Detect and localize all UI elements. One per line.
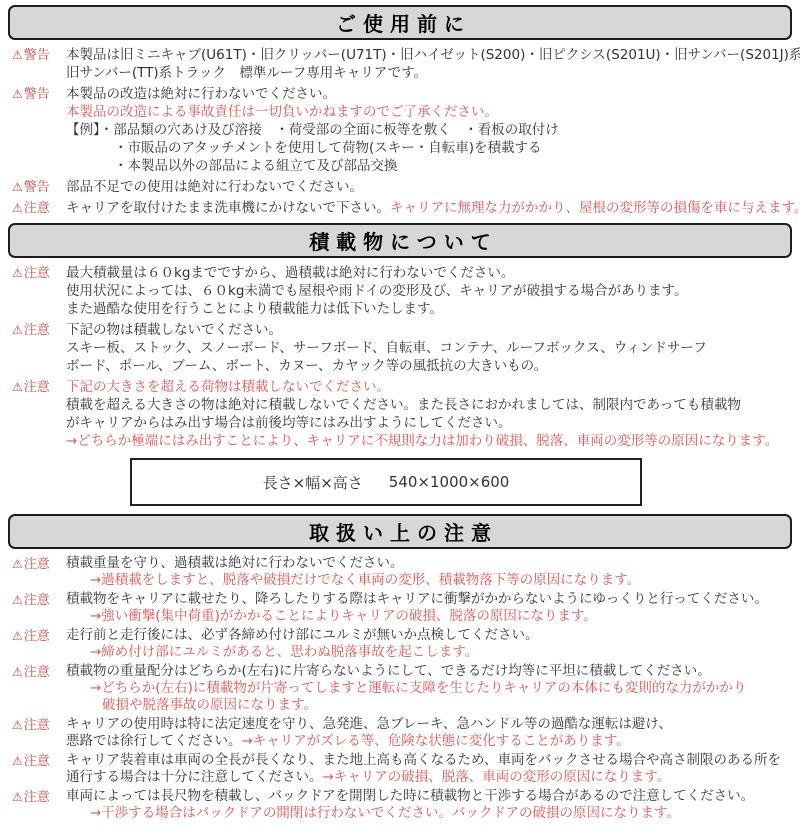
size-limit-value: 540×1000×600: [389, 473, 510, 491]
notice-label-text: 注意: [24, 790, 50, 805]
notice-line: 悪路では徐行してください。→キャリアがズレる等、危険な状態に変化することがありま…: [66, 733, 792, 750]
text-segment: →締め付け部にユルミがあると、思わぬ脱落事故を起こします。: [90, 644, 478, 660]
text-segment: 車両によっては長尺物を積載し、バックドアを開閉した時に積載物と干渉する場合がある…: [66, 788, 754, 804]
text-segment: 本製品は旧ミニキャブ(U61T)・旧クリッパー(U71T)・旧ハイゼット(S20…: [66, 47, 800, 63]
notice-line: 旧サンバー(TT)系トラック 標準ルーフ専用キャリアです。: [66, 64, 792, 82]
text-segment: 下記の大きさを超える荷物は積載しないでください。: [66, 379, 390, 395]
section-title: 積載物について: [8, 223, 792, 258]
notice-line: →どちらか(左右)に積載物が片寄ってしますと運転に支障を生じたりキャリアの本体に…: [66, 680, 792, 697]
text-segment: 最大積載量は６０kgまでですから、過積載は絶対に行わないでください。: [66, 265, 514, 281]
notice-content: 本製品は旧ミニキャブ(U61T)・旧クリッパー(U71T)・旧ハイゼット(S20…: [66, 46, 792, 82]
section-body: ⚠注意積載重量を守り、過積載は絶対に行わないでください。→過積載をしますと、脱落…: [8, 555, 792, 822]
notice-line: スキー板、ストック、スノーボード、サーフボード、自転車、コンテナ、ルーフボックス…: [66, 339, 792, 357]
notice-line: 最大積載量は６０kgまでですから、過積載は絶対に行わないでください。: [66, 264, 792, 282]
notice-label: ⚠注意: [12, 264, 50, 283]
notice-content: 本製品の改造は絶対に行わないでください。本製品の改造による事故責任は一切負いかね…: [66, 85, 792, 175]
notice-item: ⚠注意最大積載量は６０kgまでですから、過積載は絶対に行わないでください。使用状…: [8, 264, 792, 318]
text-segment: 使用状況によっては、６０kg未満でも屋根や雨ドイの変形及び、キャリアが破損する場…: [66, 283, 688, 299]
text-segment: 破損や脱落事故の原因になります。: [102, 697, 317, 713]
notice-item: ⚠注意キャリアを取付けたまま洗車機にかけないで下さい。キャリアに無理な力がかかり…: [8, 199, 792, 217]
notice-label-text: 注意: [24, 629, 50, 644]
text-segment: →強い衝撃(集中荷重)がかかることによりキャリアの破損、脱落の原因になります。: [90, 608, 597, 624]
text-segment: →どちらか極端にはみ出すことにより、キャリアに不規則な力は加わり破損、脱落、車両…: [66, 433, 778, 449]
text-segment: 積載物をキャリアに載せたり、降ろしたりする際はキャリアに衝撃がかからないようにゆ…: [66, 591, 768, 607]
notice-line: 積載物の重量配分はどちらか(左右)に片寄らないようにして、できるだけ均等に平坦に…: [66, 663, 792, 680]
notice-line: →干渉する場合はバックドアの開閉は行わないでください。バックドアの破損の原因にな…: [66, 805, 792, 822]
warning-triangle-icon: ⚠: [12, 665, 23, 679]
notice-line: →締め付け部にユルミがあると、思わぬ脱落事故を起こします。: [66, 644, 792, 661]
notice-line: 使用状況によっては、６０kg未満でも屋根や雨ドイの変形及び、キャリアが破損する場…: [66, 282, 792, 300]
warning-triangle-icon: ⚠: [12, 323, 23, 337]
notice-item: ⚠警告本製品は旧ミニキャブ(U61T)・旧クリッパー(U71T)・旧ハイゼット(…: [8, 46, 792, 82]
notice-content: 車両によっては長尺物を積載し、バックドアを開閉した時に積載物と干渉する場合がある…: [66, 788, 792, 822]
section-title: 取扱い上の注意: [8, 514, 792, 549]
text-segment: →キャリアの破損、脱落、車両の変形の原因になります。: [323, 769, 671, 785]
notice-label-text: 警告: [24, 87, 50, 102]
notice-label: ⚠注意: [12, 199, 50, 218]
notice-item: ⚠注意キャリア装着車は車両の全長が長くなり、また地上高も高くなるため、車両をバッ…: [8, 752, 792, 786]
text-segment: 走行前と走行後には、必ず各締め付け部にユルミが無いか点検してください。: [66, 627, 539, 643]
notice-line: 積載物をキャリアに載せたり、降ろしたりする際はキャリアに衝撃がかからないようにゆ…: [66, 591, 792, 608]
notice-label-text: 注意: [24, 665, 50, 680]
text-segment: ボード、ポール、ブーム、ボート、カヌー、カヤック等の風抵抗の大きいもの。: [66, 358, 547, 374]
notice-content: キャリアを取付けたまま洗車機にかけないで下さい。キャリアに無理な力がかかり、屋根…: [66, 199, 792, 217]
notice-item: ⚠注意下記の大きさを超える荷物は積載しないでください。積載を超える大きさの物は絶…: [8, 378, 792, 450]
notice-line: →過積載をしますと、脱落や破損だけでなく車両の変形、積載物落下等の原因になります…: [66, 572, 792, 589]
text-segment: →どちらか(左右)に積載物が片寄ってしますと運転に支障を生じたりキャリアの本体に…: [90, 680, 746, 696]
text-segment: がキャリアからはみ出す場合は前後均等にはみ出すようにしてください。: [66, 415, 512, 431]
warning-triangle-icon: ⚠: [12, 266, 23, 280]
notice-line: →どちらか極端にはみ出すことにより、キャリアに不規則な力は加わり破損、脱落、車両…: [66, 432, 792, 450]
text-segment: キャリアの使用時は特に法定速度を守り、急発進、急ブレーキ、急ハンドル等の過酷な運…: [66, 716, 672, 732]
notice-label: ⚠注意: [12, 378, 50, 397]
notice-label-text: 注意: [24, 266, 50, 281]
text-segment: 部品不足での使用は絶対に行わないでください。: [66, 179, 363, 195]
text-segment: 本製品の改造による事故責任は一切負いかねますのでご了承ください。: [66, 104, 498, 120]
text-segment: →干渉する場合はバックドアの開閉は行わないでください。バックドアの破損の原因にな…: [90, 805, 680, 821]
notice-label-text: 注意: [24, 323, 50, 338]
notice-line: ・市販品のアタッチメントを使用して荷物(スキー・自転車)を積載する: [66, 139, 792, 157]
text-segment: キャリアに無理な力がかかり、屋根の変形等の損傷を車に与えます。: [390, 200, 800, 216]
notice-line: 部品不足での使用は絶対に行わないでください。: [66, 178, 792, 196]
size-limit-label: 長さ×幅×高さ: [263, 472, 363, 493]
text-segment: 積載重量を守り、過積載は絶対に行わないでください。: [66, 555, 404, 571]
notice-label-text: 注意: [24, 718, 50, 733]
notice-label: ⚠注意: [12, 627, 50, 646]
notice-label-text: 注意: [24, 754, 50, 769]
text-segment: →過積載をしますと、脱落や破損だけでなく車両の変形、積載物落下等の原因になります…: [90, 572, 640, 588]
notice-label-text: 警告: [24, 180, 50, 195]
notice-content: 下記の大きさを超える荷物は積載しないでください。積載を超える大きさの物は絶対に積…: [66, 378, 792, 450]
warning-triangle-icon: ⚠: [12, 718, 23, 732]
notice-line: 通行する場合は十分に注意してください。→キャリアの破損、脱落、車両の変形の原因に…: [66, 769, 792, 786]
text-segment: →キャリアがズレる等、危険な状態に変化することがあります。: [242, 733, 630, 749]
notice-label: ⚠警告: [12, 46, 50, 65]
notice-label: ⚠注意: [12, 591, 50, 610]
notice-item: ⚠注意下記の物は積載しないでください。スキー板、ストック、スノーボード、サーフボ…: [8, 321, 792, 375]
notice-line: キャリアを取付けたまま洗車機にかけないで下さい。キャリアに無理な力がかかり、屋根…: [66, 199, 792, 217]
warning-triangle-icon: ⚠: [12, 201, 23, 215]
notice-line: 破損や脱落事故の原因になります。: [66, 697, 792, 714]
notice-line: 積載を超える大きさの物は絶対に積載しないでください。また長さにおかれましては、制…: [66, 396, 792, 414]
warning-triangle-icon: ⚠: [12, 180, 23, 194]
notice-line: キャリアの使用時は特に法定速度を守り、急発進、急ブレーキ、急ハンドル等の過酷な運…: [66, 716, 792, 733]
notice-line: 本製品の改造は絶対に行わないでください。: [66, 85, 792, 103]
instruction-sheet: ご使用前に⚠警告本製品は旧ミニキャブ(U61T)・旧クリッパー(U71T)・旧ハ…: [0, 0, 800, 830]
notice-label: ⚠注意: [12, 788, 50, 807]
notice-line: →強い衝撃(集中荷重)がかかることによりキャリアの破損、脱落の原因になります。: [66, 608, 792, 625]
notice-label-text: 警告: [24, 48, 50, 63]
section-body: ⚠警告本製品は旧ミニキャブ(U61T)・旧クリッパー(U71T)・旧ハイゼット(…: [8, 46, 792, 217]
text-segment: 本製品の改造は絶対に行わないでください。: [66, 86, 336, 102]
notice-label: ⚠警告: [12, 178, 50, 197]
text-segment: スキー板、ストック、スノーボード、サーフボード、自転車、コンテナ、ルーフボックス…: [66, 340, 707, 356]
notice-line: キャリア装着車は車両の全長が長くなり、また地上高も高くなるため、車両をバックさせ…: [66, 752, 792, 769]
size-limit-box: 長さ×幅×高さ 540×1000×600: [130, 458, 642, 506]
text-segment: ・市販品のアタッチメントを使用して荷物(スキー・自転車)を積載する: [114, 140, 542, 156]
notice-content: 最大積載量は６０kgまでですから、過積載は絶対に行わないでください。使用状況によ…: [66, 264, 792, 318]
notice-content: 走行前と走行後には、必ず各締め付け部にユルミが無いか点検してください。→締め付け…: [66, 627, 792, 661]
notice-line: ・本製品以外の部品による組立て及び部品交換: [66, 157, 792, 175]
notice-label: ⚠注意: [12, 663, 50, 682]
text-segment: 旧サンバー(TT)系トラック 標準ルーフ専用キャリアです。: [66, 65, 427, 81]
warning-triangle-icon: ⚠: [12, 557, 23, 571]
text-segment: 通行する場合は十分に注意してください。: [66, 769, 323, 785]
notice-content: 積載物の重量配分はどちらか(左右)に片寄らないようにして、できるだけ均等に平坦に…: [66, 663, 792, 714]
notice-item: ⚠注意積載物をキャリアに載せたり、降ろしたりする際はキャリアに衝撃がかからないよ…: [8, 591, 792, 625]
notice-label-text: 注意: [24, 557, 50, 572]
notice-line: がキャリアからはみ出す場合は前後均等にはみ出すようにしてください。: [66, 414, 792, 432]
text-segment: ・本製品以外の部品による組立て及び部品交換: [114, 158, 398, 174]
notice-line: 本製品の改造による事故責任は一切負いかねますのでご了承ください。: [66, 103, 792, 121]
notice-label: ⚠注意: [12, 321, 50, 340]
notice-label-text: 注意: [24, 380, 50, 395]
notice-content: キャリアの使用時は特に法定速度を守り、急発進、急ブレーキ、急ハンドル等の過酷な運…: [66, 716, 792, 750]
text-segment: 積載を超える大きさの物は絶対に積載しないでください。また長さにおかれましては、制…: [66, 397, 741, 413]
text-segment: 下記の物は積載しないでください。: [66, 322, 282, 338]
text-segment: また過酷な使用を行うことにより積載能力は低下いたします。: [66, 301, 443, 317]
text-segment: 悪路では徐行してください。: [66, 733, 242, 749]
notice-label: ⚠警告: [12, 85, 50, 104]
notice-content: 部品不足での使用は絶対に行わないでください。: [66, 178, 792, 196]
section-handling-precautions: 取扱い上の注意⚠注意積載重量を守り、過積載は絶対に行わないでください。→過積載を…: [8, 514, 792, 822]
text-segment: 【例】・部品類の穴あけ及び溶接 ・荷受部の全面に板等を敷く ・看板の取付け: [66, 122, 559, 138]
notice-line: 走行前と走行後には、必ず各締め付け部にユルミが無いか点検してください。: [66, 627, 792, 644]
text-segment: キャリア装着車は車両の全長が長くなり、また地上高も高くなるため、車両をバックさせ…: [66, 752, 781, 768]
notice-content: 下記の物は積載しないでください。スキー板、ストック、スノーボード、サーフボード、…: [66, 321, 792, 375]
section-before-use: ご使用前に⚠警告本製品は旧ミニキャブ(U61T)・旧クリッパー(U71T)・旧ハ…: [8, 5, 792, 217]
warning-triangle-icon: ⚠: [12, 754, 23, 768]
warning-triangle-icon: ⚠: [12, 629, 23, 643]
warning-triangle-icon: ⚠: [12, 593, 23, 607]
text-segment: 積載物の重量配分はどちらか(左右)に片寄らないようにして、できるだけ均等に平坦に…: [66, 663, 711, 679]
notice-item: ⚠警告本製品の改造は絶対に行わないでください。本製品の改造による事故責任は一切負…: [8, 85, 792, 175]
warning-triangle-icon: ⚠: [12, 48, 23, 62]
notice-line: 下記の物は積載しないでください。: [66, 321, 792, 339]
notice-item: ⚠注意積載物の重量配分はどちらか(左右)に片寄らないようにして、できるだけ均等に…: [8, 663, 792, 714]
notice-label: ⚠注意: [12, 555, 50, 574]
notice-line: 積載重量を守り、過積載は絶対に行わないでください。: [66, 555, 792, 572]
notice-label-text: 注意: [24, 201, 50, 216]
notice-line: また過酷な使用を行うことにより積載能力は低下いたします。: [66, 300, 792, 318]
notice-line: 本製品は旧ミニキャブ(U61T)・旧クリッパー(U71T)・旧ハイゼット(S20…: [66, 46, 792, 64]
notice-label: ⚠注意: [12, 752, 50, 771]
warning-triangle-icon: ⚠: [12, 87, 23, 101]
section-about-load: 積載物について⚠注意最大積載量は６０kgまでですから、過積載は絶対に行わないでく…: [8, 223, 792, 450]
notice-item: ⚠警告部品不足での使用は絶対に行わないでください。: [8, 178, 792, 196]
notice-content: キャリア装着車は車両の全長が長くなり、また地上高も高くなるため、車両をバックさせ…: [66, 752, 792, 786]
notice-content: 積載物をキャリアに載せたり、降ろしたりする際はキャリアに衝撃がかからないようにゆ…: [66, 591, 792, 625]
notice-item: ⚠注意キャリアの使用時は特に法定速度を守り、急発進、急ブレーキ、急ハンドル等の過…: [8, 716, 792, 750]
notice-item: ⚠注意走行前と走行後には、必ず各締め付け部にユルミが無いか点検してください。→締…: [8, 627, 792, 661]
notice-line: 車両によっては長尺物を積載し、バックドアを開閉した時に積載物と干渉する場合がある…: [66, 788, 792, 805]
notice-line: 【例】・部品類の穴あけ及び溶接 ・荷受部の全面に板等を敷く ・看板の取付け: [66, 121, 792, 139]
notice-label: ⚠注意: [12, 716, 50, 735]
notice-line: ボード、ポール、ブーム、ボート、カヌー、カヤック等の風抵抗の大きいもの。: [66, 357, 792, 375]
text-segment: キャリアを取付けたまま洗車機にかけないで下さい。: [66, 200, 390, 216]
notice-label-text: 注意: [24, 593, 50, 608]
section-title: ご使用前に: [8, 5, 792, 40]
warning-triangle-icon: ⚠: [12, 790, 23, 804]
section-body: ⚠注意最大積載量は６０kgまでですから、過積載は絶対に行わないでください。使用状…: [8, 264, 792, 450]
notice-content: 積載重量を守り、過積載は絶対に行わないでください。→過積載をしますと、脱落や破損…: [66, 555, 792, 589]
notice-line: 下記の大きさを超える荷物は積載しないでください。: [66, 378, 792, 396]
warning-triangle-icon: ⚠: [12, 380, 23, 394]
notice-item: ⚠注意車両によっては長尺物を積載し、バックドアを開閉した時に積載物と干渉する場合…: [8, 788, 792, 822]
notice-item: ⚠注意積載重量を守り、過積載は絶対に行わないでください。→過積載をしますと、脱落…: [8, 555, 792, 589]
